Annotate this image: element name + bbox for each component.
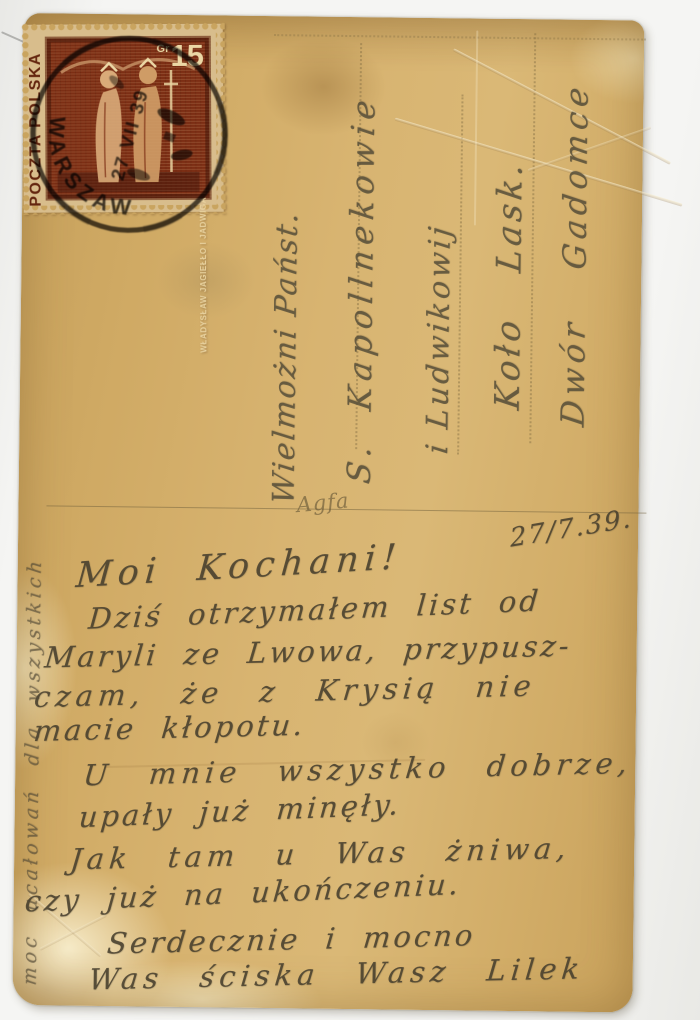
address-line: S. Kapollnekowie: [340, 92, 383, 486]
message-line: upały już minęły.: [77, 787, 402, 834]
crease: [39, 914, 107, 951]
postcard: Agfa: [12, 13, 644, 1013]
ink-smudge: [163, 131, 176, 142]
message-line: Jak tam u Was żniwa,: [69, 831, 573, 876]
message-line: U mnie wszystko dobrze,: [82, 746, 634, 793]
address-line: Koło Lask.: [488, 158, 531, 412]
message-salutation: Moi Kochani!: [74, 537, 403, 596]
message-line: macie kłopotu.: [32, 708, 307, 748]
postmark: WARSZAWA 27 VII 39: [18, 23, 241, 246]
message-line: czam, że z Krysią nie: [33, 669, 538, 714]
address-line: Dwór Gadomce: [554, 80, 596, 428]
address-line: Wielmożni Państ.: [267, 209, 306, 506]
postmark-date: 27 VII 39: [108, 87, 154, 183]
ink-smudge: [170, 148, 194, 162]
ink-smudge: [107, 73, 126, 91]
printed-dotted-line: [457, 94, 463, 454]
ink-smudge: [155, 105, 187, 129]
margin-note: moc ucałowań dla wszystkich: [19, 556, 46, 987]
message-line: Maryli ze Lwowa, przypusz-: [43, 629, 573, 675]
printed-dotted-line: [274, 34, 646, 41]
address-line: i Ludwikowij: [420, 222, 458, 456]
printer-logo: Agfa: [296, 488, 351, 517]
